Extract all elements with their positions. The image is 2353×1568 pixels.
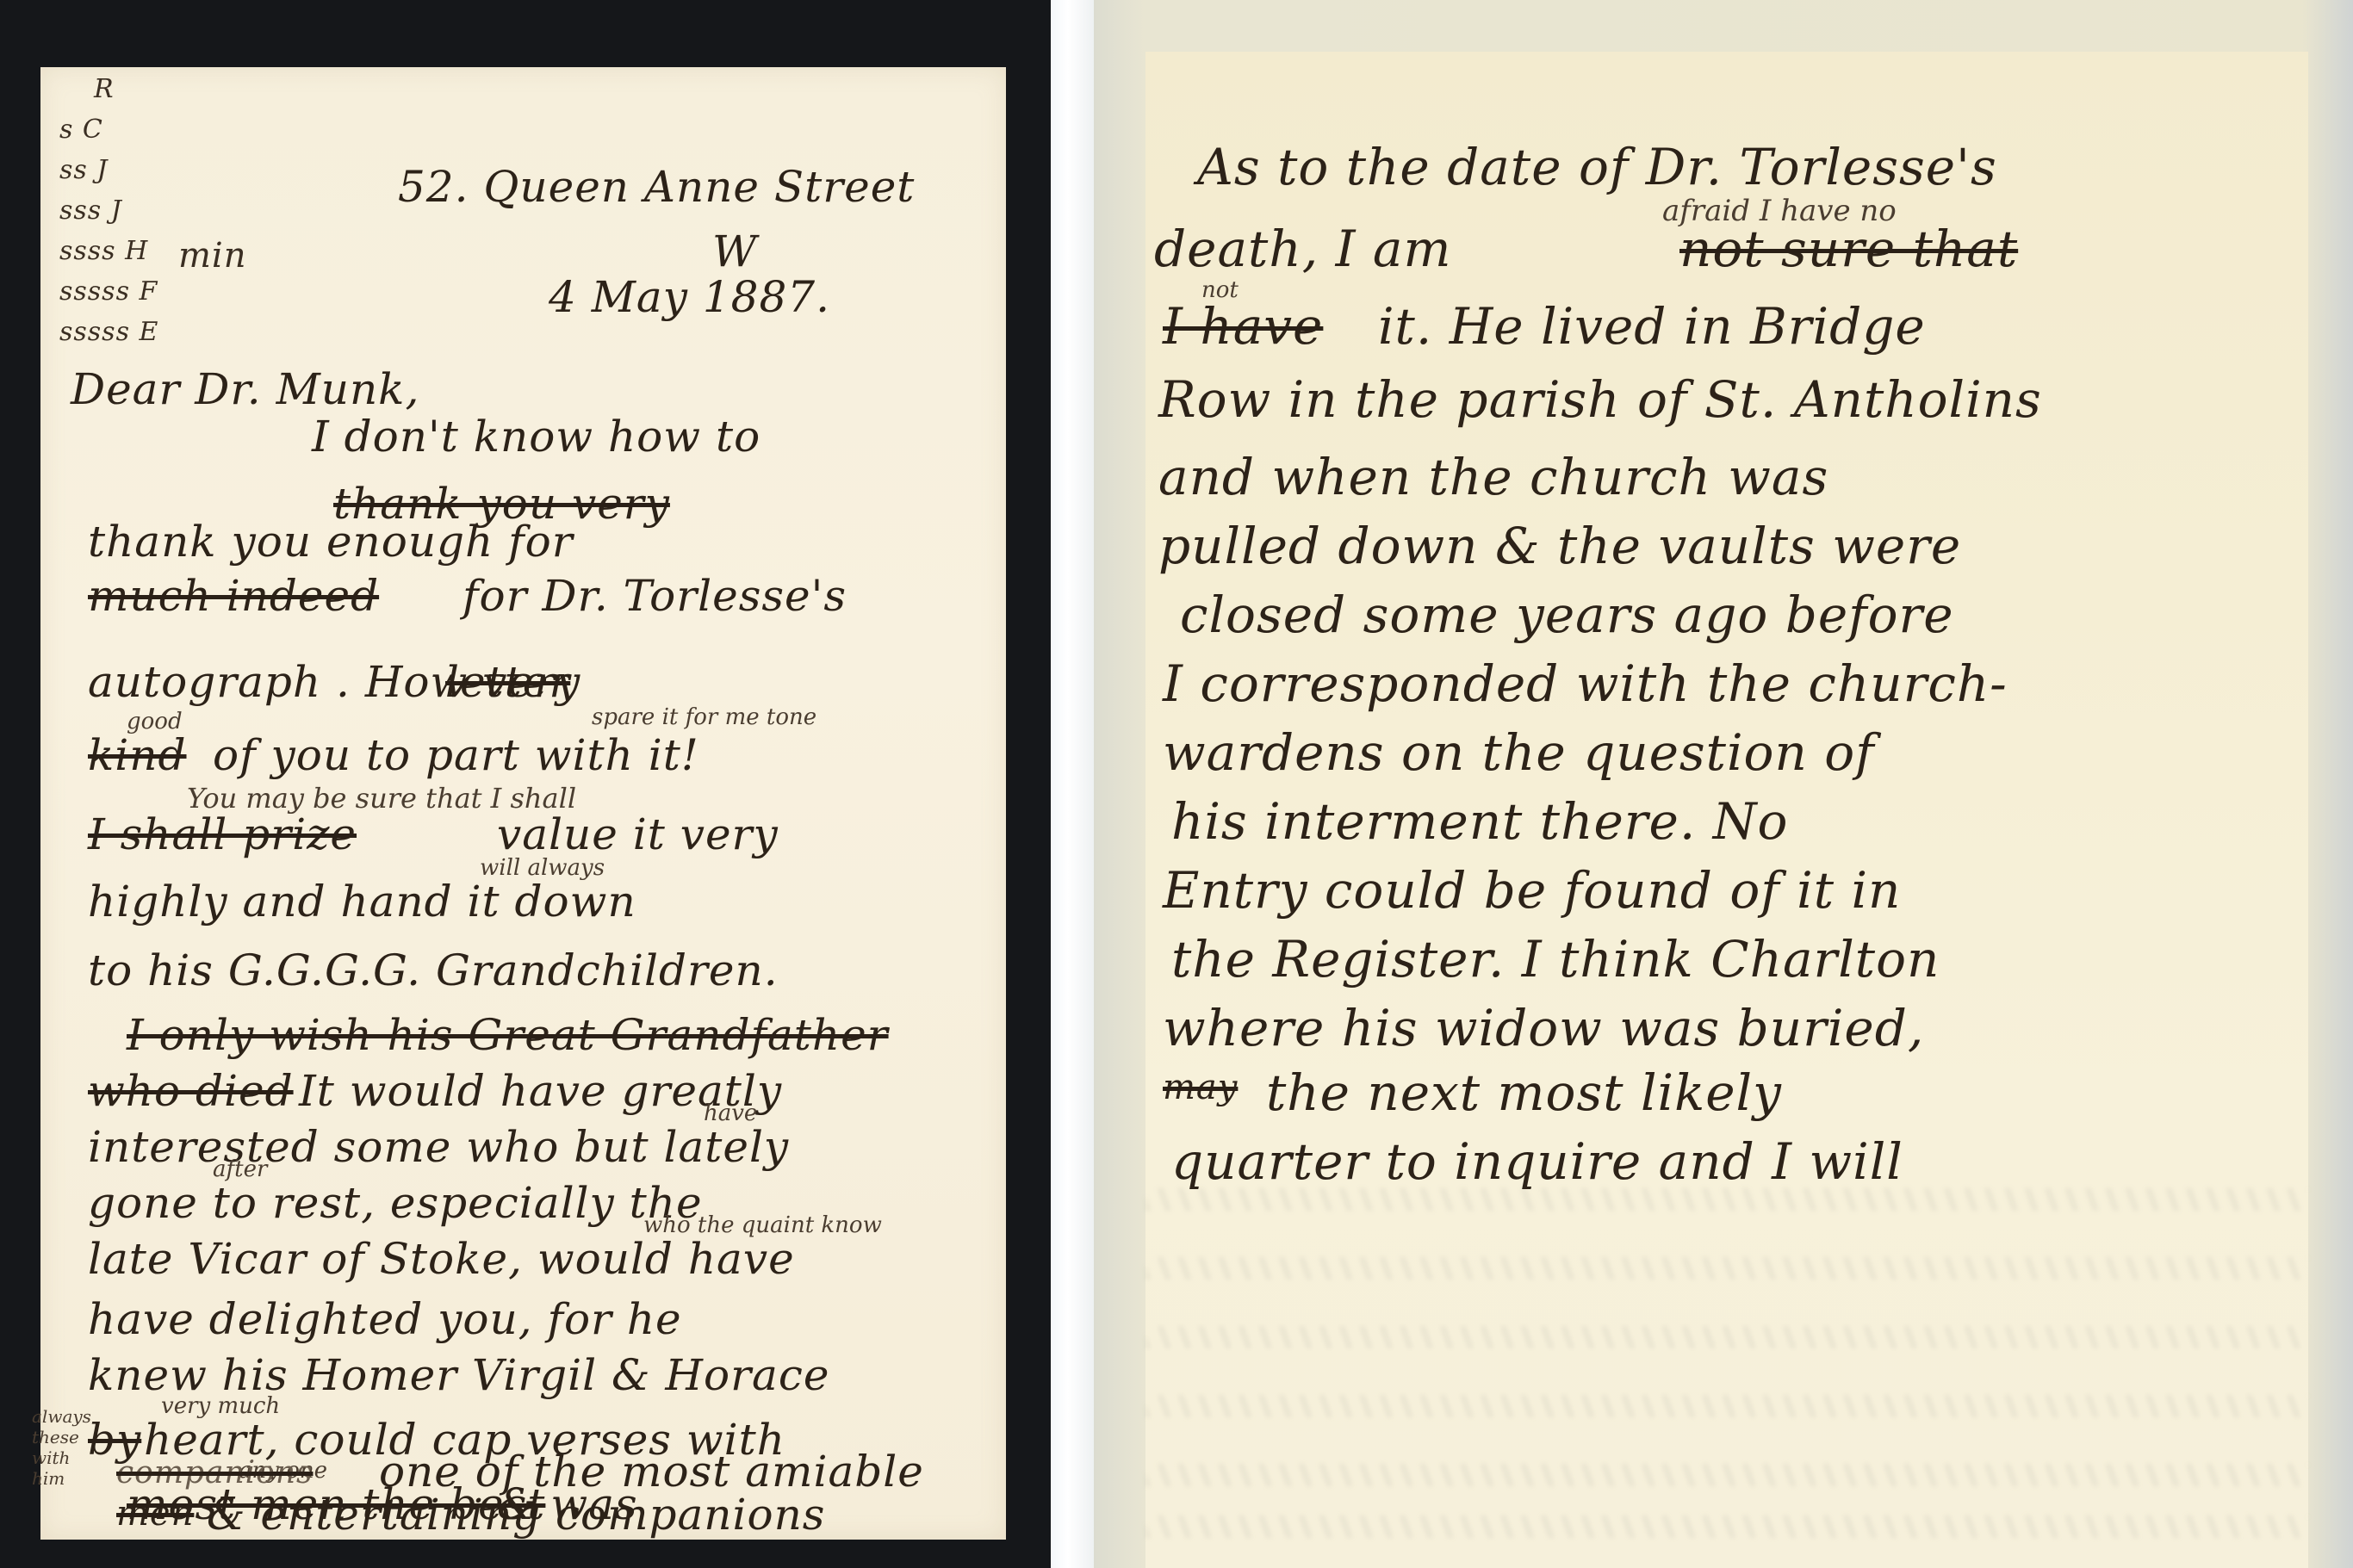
margin-note: sssss F xyxy=(59,271,158,312)
letter-date: 4 May 1887. xyxy=(549,272,830,322)
letter-line: and when the church was xyxy=(1158,448,1828,506)
margin-insertion: always these with him xyxy=(32,1406,92,1489)
margin-note: sss J xyxy=(59,190,158,231)
letter-line: to his G.G.G.G. Grandchildren. xyxy=(88,945,779,995)
struck-text: much indeed xyxy=(88,571,379,621)
letter-line: where his widow was buried, xyxy=(1163,999,1924,1057)
page-separator xyxy=(1051,0,1094,1568)
struck-text: who died xyxy=(88,1066,294,1116)
margin-notes: R s C ss J sss J ssss H sssss F sssss E xyxy=(59,69,158,352)
letter-line: value it very xyxy=(497,809,779,859)
letter-line: interested some who but lately xyxy=(88,1122,789,1172)
address-district: W xyxy=(712,226,757,276)
letter-line: his interment there. No xyxy=(1171,792,1788,851)
letter-line: pulled down & the vaults were xyxy=(1158,517,1961,575)
letter-line: death, I am xyxy=(1154,220,1452,278)
letter-line: the Register. I think Charlton xyxy=(1171,930,1940,989)
struck-text: men xyxy=(116,1494,194,1534)
insertion-text: spare it for me tone xyxy=(592,704,816,730)
struck-text: letter xyxy=(445,657,570,707)
letter-line: closed some years ago before xyxy=(1180,586,1954,644)
letter-line: gone to rest, especially the xyxy=(88,1178,703,1228)
bleed-through xyxy=(1145,1188,2308,1211)
letter-line: Entry could be found of it in xyxy=(1163,861,1901,920)
letter-line: late Vicar of Stoke, would have xyxy=(88,1234,795,1284)
letter-line: of you to part with it! xyxy=(213,730,699,780)
struck-text: may xyxy=(1163,1068,1238,1107)
bleed-through xyxy=(1145,1257,2308,1280)
letter-line: quarter to inquire and I will xyxy=(1171,1132,1903,1191)
margin-note-min: min xyxy=(178,236,246,276)
bleed-through xyxy=(1145,1515,2308,1538)
bleed-through xyxy=(1145,1395,2308,1417)
letter-line: it. He lived in Bridge xyxy=(1378,297,1926,356)
bleed-through xyxy=(1145,1326,2308,1348)
bleed-through xyxy=(1145,1464,2308,1486)
letter-line: wardens on the question of xyxy=(1163,723,1875,782)
letter-line: highly and hand it down xyxy=(88,877,636,927)
margin-note: s C xyxy=(59,109,158,150)
letter-line: thank you enough for xyxy=(88,517,574,567)
salutation: Dear Dr. Munk, xyxy=(71,364,419,414)
struck-text: not sure that xyxy=(1679,220,2018,278)
address-street: 52. Queen Anne Street xyxy=(398,162,915,212)
struck-text: companions xyxy=(116,1455,314,1491)
letter-line: for Dr. Torlesse's xyxy=(463,571,847,621)
struck-text: I have xyxy=(1163,297,1323,356)
letter-line: the next most likely xyxy=(1266,1063,1782,1122)
margin-note: ss J xyxy=(59,150,158,190)
margin-note: R xyxy=(59,69,158,109)
letter-line: have delighted you, for he xyxy=(88,1294,682,1344)
right-letter-page: As to the date of Dr. Torlesse's afraid … xyxy=(1145,52,2308,1568)
struck-text: I shall prize xyxy=(88,809,357,859)
margin-note: sssss E xyxy=(59,312,158,352)
letter-line: As to the date of Dr. Torlesse's xyxy=(1197,138,1997,196)
letter-line: I corresponded with the church- xyxy=(1163,654,2008,713)
letter-line: & entertaining companions xyxy=(207,1490,825,1540)
left-letter-page: R s C ss J sss J ssss H sssss F sssss E … xyxy=(40,67,1006,1540)
letter-line: Row in the parish of St. Antholins xyxy=(1158,370,2042,429)
struck-text: I only wish his Great Grandfather xyxy=(127,1010,889,1060)
struck-text: kind xyxy=(88,730,187,780)
margin-note: ssss H xyxy=(59,231,158,271)
letter-line: I don't know how to xyxy=(312,412,761,462)
